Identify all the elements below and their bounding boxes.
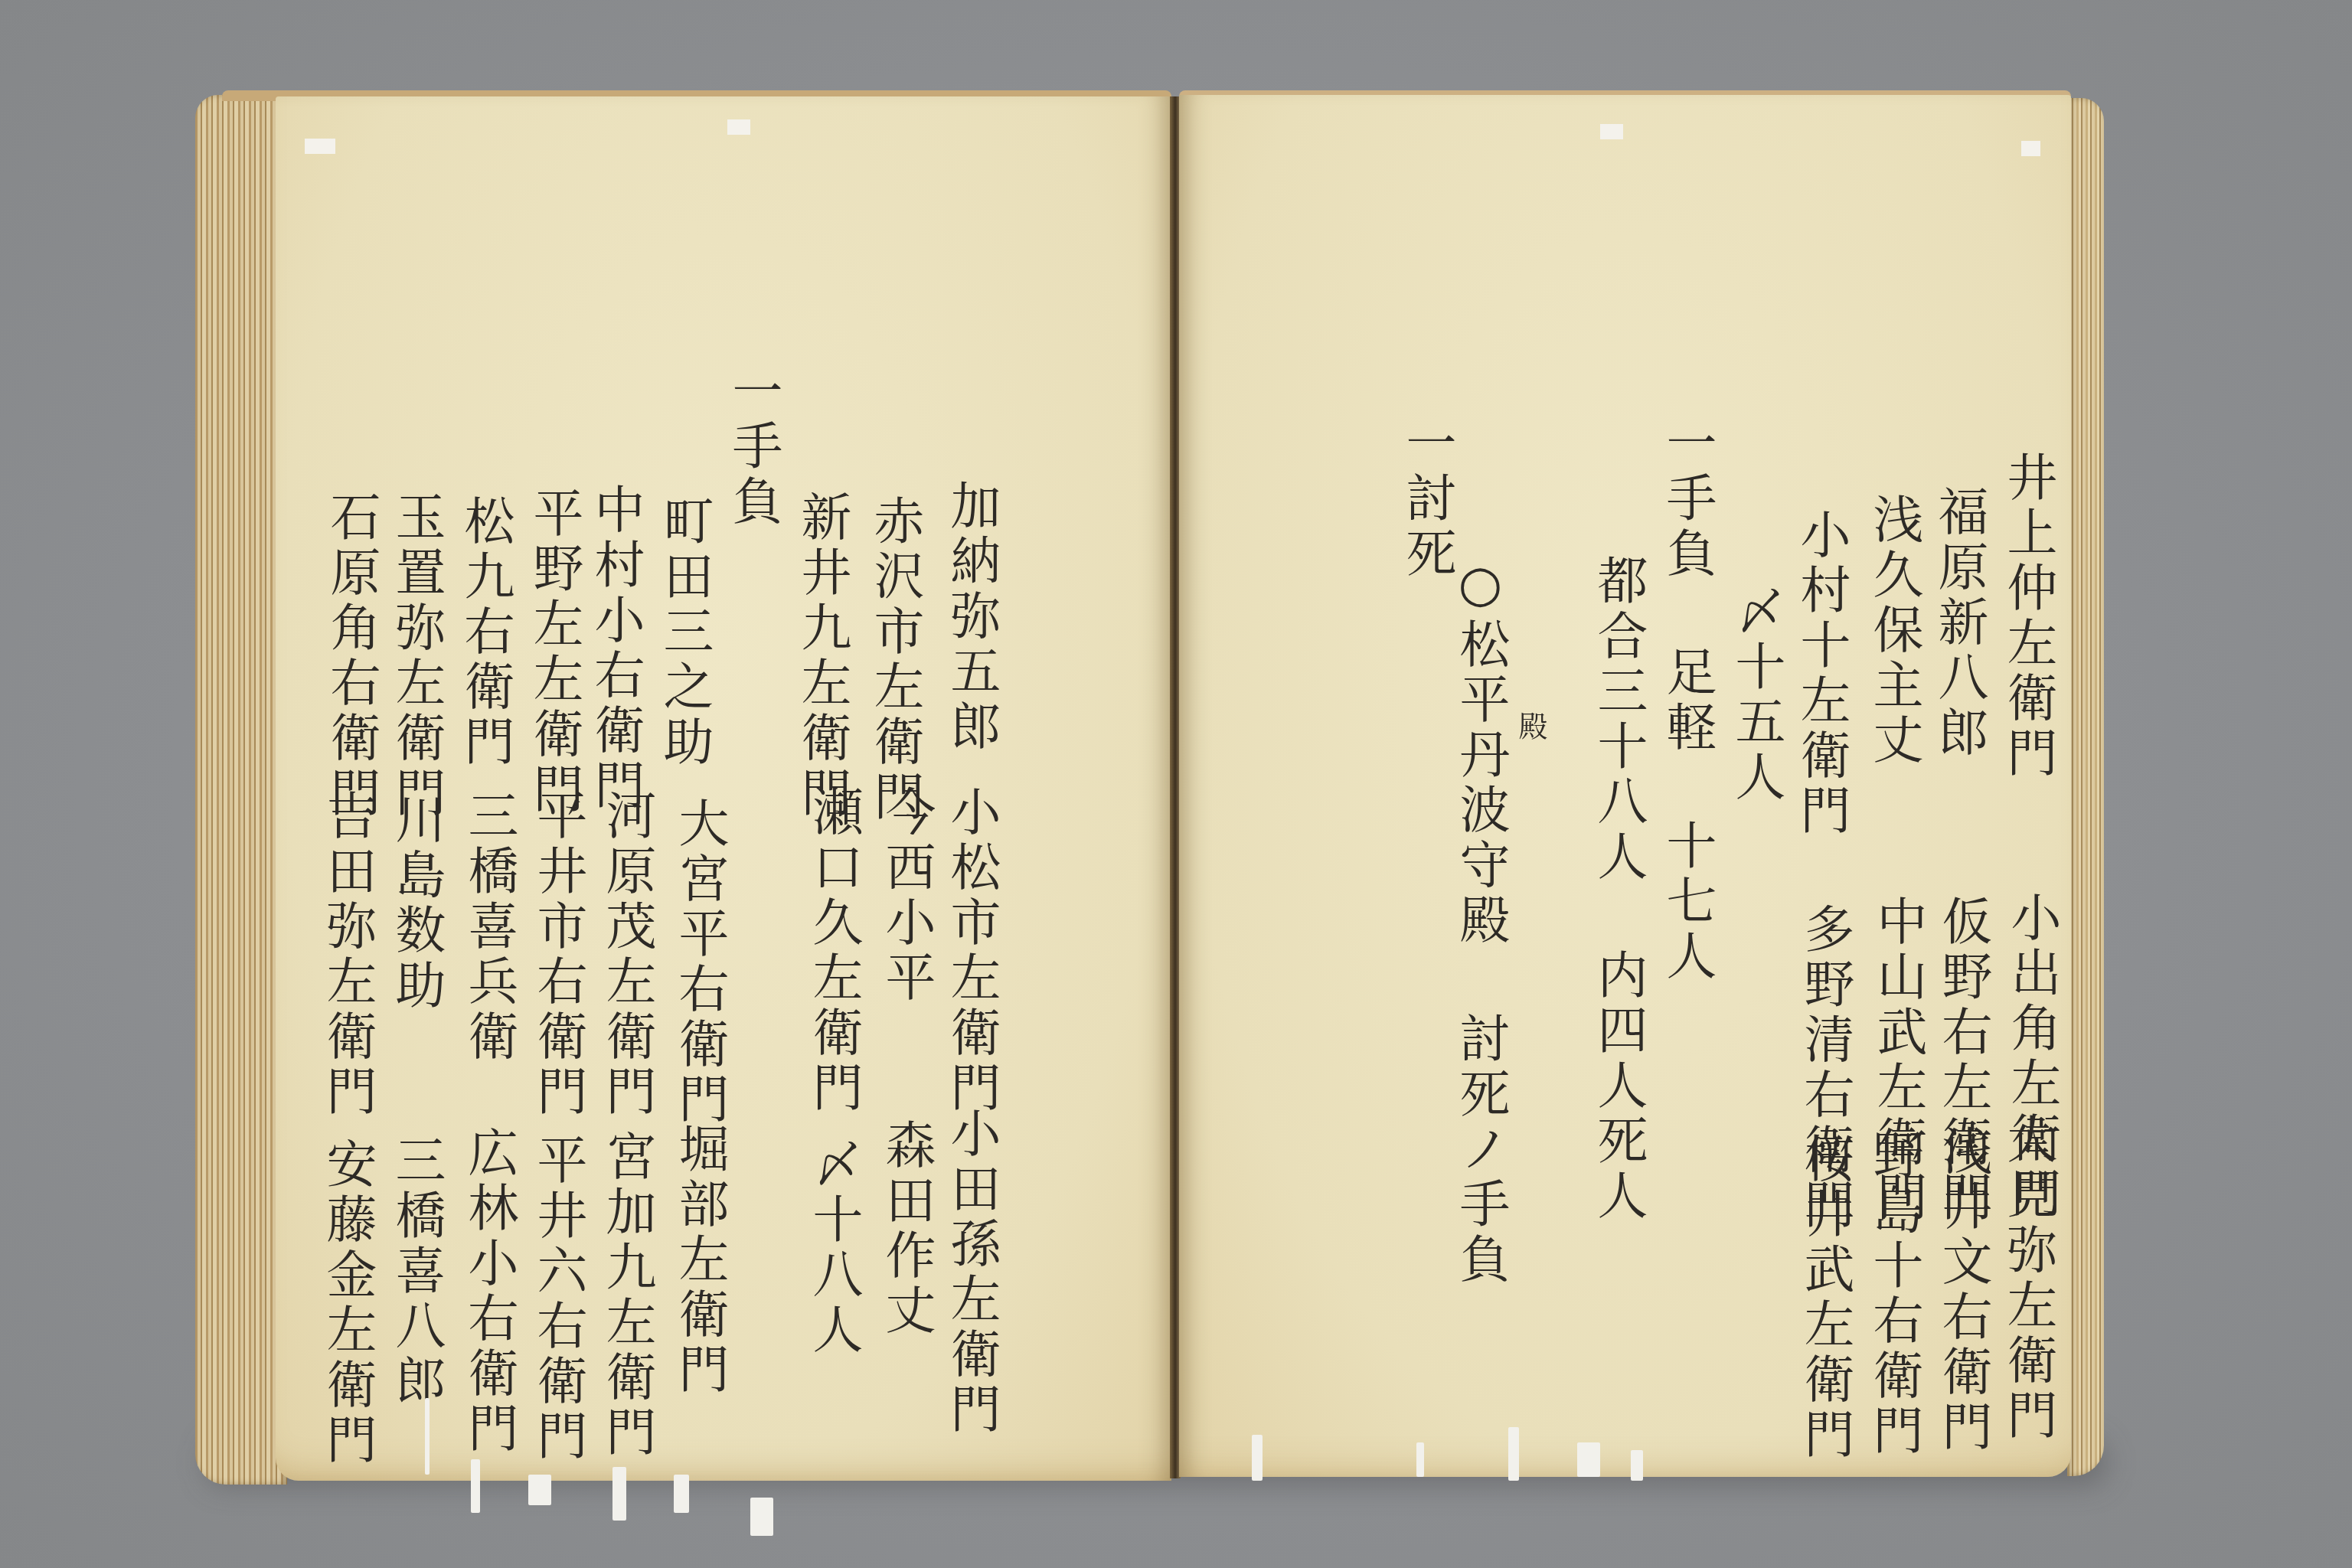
paper-tear: [1577, 1442, 1600, 1477]
name-column: 河原茂左衛門: [601, 789, 652, 1120]
heading-uchijini: 一討死: [1401, 416, 1452, 582]
name-column: 平井市右衛門: [532, 789, 583, 1120]
name-column: 桜井武左衛門: [1799, 1132, 1850, 1463]
name-column: 三橋喜兵衛: [463, 789, 514, 1065]
name-column: 三橋喜八郎: [390, 1134, 441, 1410]
name-column: 平野左左衛門: [528, 487, 579, 818]
torn-paper-tab: [305, 139, 335, 154]
grand-total-column: 都合三十八人 内四人死人: [1592, 554, 1643, 1224]
daimyo-column: ○松平丹波守殿 討死ノ手負: [1455, 554, 1505, 1288]
name-column: 浅井文右衛門: [1937, 1125, 1988, 1455]
name-column: 広林小右衛門: [463, 1126, 514, 1457]
torn-paper-tab: [1600, 124, 1623, 139]
name-column: 浅久保主丈: [1868, 493, 1919, 769]
left-page-stack: [195, 95, 287, 1485]
name-column: 玉置弥左衛門: [390, 491, 441, 822]
paper-tear: [1508, 1427, 1519, 1481]
paper-tear: [612, 1467, 626, 1521]
paper-tear: [1252, 1435, 1263, 1481]
right-page-stack: [2067, 98, 2104, 1476]
paper-tear: [674, 1475, 689, 1513]
name-column: 今西小平: [880, 786, 931, 1006]
right-page: 井上仲左衛門 福原新八郎 浅久保主丈 小村十左衛門 〆十五人 一手負 足軽 十七…: [1179, 95, 2071, 1477]
name-column: 小田孫左衛門: [946, 1107, 996, 1438]
name-column: 福原新八郎: [1933, 485, 1984, 761]
heading-te-oi: 一手負: [727, 364, 778, 530]
paper-tear: [528, 1475, 551, 1505]
paper-tear: [1416, 1442, 1424, 1477]
name-column: 新井九左衛門: [796, 491, 847, 822]
name-column: 森田作丈: [880, 1119, 931, 1339]
name-column: 小松市左衛門: [946, 786, 996, 1116]
name-column: 町田三之助: [658, 495, 709, 770]
footsoldier-column: 一手負 足軽 十七人: [1661, 416, 1712, 985]
name-column: 大宮平右衛門: [674, 797, 724, 1128]
honorific-annotation: 殿: [1516, 711, 1545, 745]
torn-paper-tab: [2021, 141, 2040, 156]
name-column: 野島十右衛門: [1868, 1129, 1919, 1459]
paper-tear: [425, 1398, 430, 1475]
name-column: 松九右衛門: [459, 495, 510, 770]
name-column: 瀬口久左衛門: [808, 786, 858, 1116]
paper-tear: [750, 1498, 773, 1536]
name-column: 安藤金左衛門: [322, 1138, 372, 1468]
name-column: 赤沢市左衛門: [869, 495, 920, 825]
name-column: 小村十左衛門: [1795, 508, 1846, 839]
name-column: 加納弥五郎: [946, 479, 996, 755]
torn-paper-tab: [727, 119, 750, 135]
name-column: 川島数助: [390, 793, 441, 1014]
paper-tear: [1631, 1450, 1643, 1481]
name-column: 宮加九左衛門: [601, 1130, 652, 1461]
total-column: 〆十五人: [1730, 585, 1781, 805]
name-column: 大見弥左衛門: [2002, 1113, 2053, 1444]
name-column: 吉田弥左衛門: [322, 789, 372, 1120]
total-column: 〆十八人: [808, 1138, 858, 1358]
name-column: 井上仲左衛門: [2002, 451, 2053, 782]
name-column: 平井六右衛門: [532, 1134, 583, 1465]
paper-tear: [471, 1459, 480, 1513]
name-column: 堀部左衛門: [674, 1122, 724, 1398]
left-page: 一手負 加納弥五郎 赤沢市左衛門 新井九左衛門 町田三之助 中村小右衛門 平野左…: [276, 96, 1171, 1481]
name-column: 石原角右衛門: [325, 491, 376, 822]
name-column: 中村小右衛門: [590, 483, 640, 814]
